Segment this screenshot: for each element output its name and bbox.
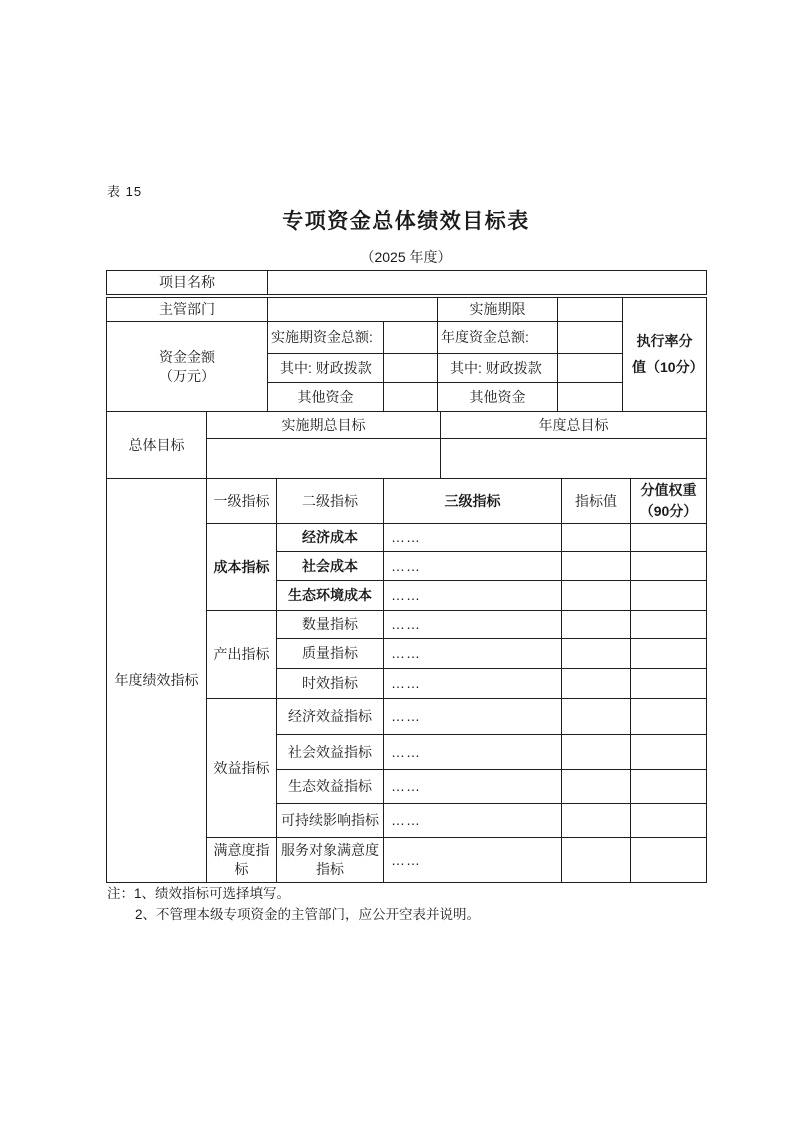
page-subtitle: （2025 年度）	[106, 247, 706, 267]
indicator-weight-cell	[631, 669, 707, 699]
indicator-label: 生态环境成本	[277, 581, 384, 611]
impl-total-value	[384, 322, 438, 354]
indicator-label: 经济效益指标	[277, 699, 384, 735]
indicator-weight-cell	[631, 699, 707, 735]
annual-total-value	[558, 322, 623, 354]
group-output-label: 产出指标	[207, 611, 277, 699]
indicator-weight-cell	[631, 804, 707, 838]
indicator-value-cell	[562, 581, 631, 611]
table-row: 总体目标 实施期总目标 年度总目标	[107, 412, 707, 439]
indicator-label: 生态效益指标	[277, 770, 384, 804]
indicator-detail: ……	[384, 524, 562, 552]
indicator-label: 社会效益指标	[277, 735, 384, 770]
indicator-detail: ……	[384, 838, 562, 883]
indicator-detail: ……	[384, 804, 562, 838]
indicator-value-cell	[562, 735, 631, 770]
indicator-value-cell	[562, 838, 631, 883]
page-title: 专项资金总体绩效目标表	[106, 205, 706, 235]
indicator-value-cell	[562, 639, 631, 669]
value-header: 指标值	[562, 479, 631, 524]
footnote-1: 注：1、绩效指标可选择填写。	[107, 884, 480, 905]
indicators-table: 年度绩效指标 一级指标 二级指标 三级指标 指标值 分值权重（90分） 成本指标…	[106, 478, 707, 883]
period-label: 实施期限	[438, 298, 558, 322]
indicator-weight-cell	[631, 735, 707, 770]
level1-header: 一级指标	[207, 479, 277, 524]
indicator-label: 时效指标	[277, 669, 384, 699]
department-label: 主管部门	[107, 298, 268, 322]
level2-header: 二级指标	[277, 479, 384, 524]
indicator-weight-cell	[631, 552, 707, 581]
impl-fiscal-label: 其中: 财政拨款	[268, 354, 384, 383]
indicator-weight-cell	[631, 581, 707, 611]
indicator-value-cell	[562, 699, 631, 735]
indicator-label: 质量指标	[277, 639, 384, 669]
impl-other-label: 其他资金	[268, 383, 384, 412]
indicator-weight-cell	[631, 639, 707, 669]
indicator-detail: ……	[384, 552, 562, 581]
table-row: 资金金额 （万元） 实施期资金总额: 年度资金总额:	[107, 322, 707, 354]
footnotes: 注：1、绩效指标可选择填写。 2、不管理本级专项资金的主管部门，应公开空表并说明…	[107, 884, 480, 926]
indicator-detail: ……	[384, 611, 562, 639]
indicator-detail: ……	[384, 699, 562, 735]
impl-goal-label: 实施期总目标	[207, 412, 441, 439]
annual-goal-label: 年度总目标	[441, 412, 707, 439]
footnote-2: 2、不管理本级专项资金的主管部门，应公开空表并说明。	[107, 905, 480, 926]
weight-header: 分值权重（90分）	[631, 479, 707, 524]
indicator-label: 社会成本	[277, 552, 384, 581]
performance-target-table: 项目名称 主管部门 实施期限 执行率分值（10分） 资金金额 （万元） 实施期资…	[106, 270, 706, 883]
group-benefit-label: 效益指标	[207, 699, 277, 838]
funds-label: 资金金额 （万元）	[107, 322, 268, 412]
indicator-label: 经济成本	[277, 524, 384, 552]
indicator-value-cell	[562, 611, 631, 639]
department-value	[268, 298, 438, 322]
group-cost-label: 成本指标	[207, 524, 277, 611]
overall-goal-label: 总体目标	[107, 412, 207, 479]
table-row: 项目名称	[107, 271, 707, 295]
indicator-label: 可持续影响指标	[277, 804, 384, 838]
indicator-detail: ……	[384, 581, 562, 611]
indicator-weight-cell	[631, 524, 707, 552]
execution-score-label: 执行率分值（10分）	[623, 298, 707, 412]
project-name-label: 项目名称	[107, 271, 268, 295]
impl-total-label: 实施期资金总额:	[268, 322, 384, 354]
annual-other-value	[558, 383, 623, 412]
indicator-value-cell	[562, 524, 631, 552]
indicator-detail: ……	[384, 669, 562, 699]
annual-other-label: 其他资金	[438, 383, 558, 412]
annual-fiscal-value	[558, 354, 623, 383]
indicator-label: 数量指标	[277, 611, 384, 639]
indicator-value-cell	[562, 552, 631, 581]
indicator-detail: ……	[384, 735, 562, 770]
impl-goal-value	[207, 439, 441, 479]
annual-fiscal-label: 其中: 财政拨款	[438, 354, 558, 383]
indicator-detail: ……	[384, 639, 562, 669]
indicator-weight-cell	[631, 611, 707, 639]
impl-fiscal-value	[384, 354, 438, 383]
indicator-value-cell	[562, 669, 631, 699]
group-satisfaction-label: 满意度指标	[207, 838, 277, 883]
indicator-value-cell	[562, 804, 631, 838]
indicator-header-row: 年度绩效指标 一级指标 二级指标 三级指标 指标值 分值权重（90分）	[107, 479, 707, 524]
overall-goal-table: 总体目标 实施期总目标 年度总目标	[106, 411, 707, 479]
doc-label: 表 15	[107, 181, 142, 200]
project-name-value	[268, 271, 707, 295]
project-name-table: 项目名称	[106, 270, 707, 295]
period-value	[558, 298, 623, 322]
annual-goal-value	[441, 439, 707, 479]
impl-other-value	[384, 383, 438, 412]
indicator-value-cell	[562, 770, 631, 804]
annual-total-label: 年度资金总额:	[438, 322, 558, 354]
indicator-label: 服务对象满意度指标	[277, 838, 384, 883]
funds-info-table: 主管部门 实施期限 执行率分值（10分） 资金金额 （万元） 实施期资金总额: …	[106, 297, 707, 412]
indicators-section-label: 年度绩效指标	[107, 479, 207, 883]
indicator-weight-cell	[631, 770, 707, 804]
indicator-weight-cell	[631, 838, 707, 883]
table-row: 主管部门 实施期限 执行率分值（10分）	[107, 298, 707, 322]
level3-header: 三级指标	[384, 479, 562, 524]
indicator-detail: ……	[384, 770, 562, 804]
